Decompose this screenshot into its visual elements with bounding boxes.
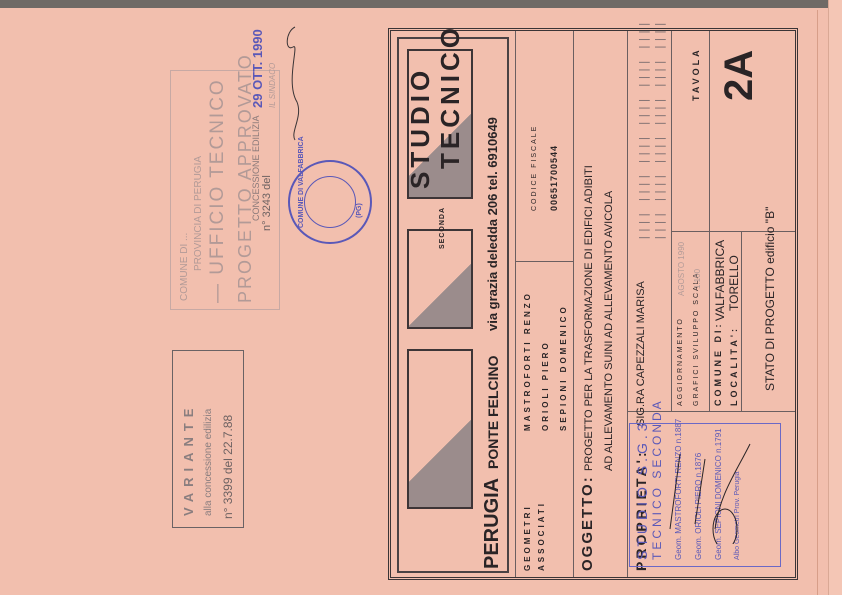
divider [709, 31, 710, 411]
address: via grazia deledda 206 tel. 6910649 [485, 117, 500, 331]
variante-stamp: VARIANTE alla concessione edilizia n° 33… [172, 350, 244, 528]
divider [515, 31, 516, 577]
geometra-1: MASTROFORTI RENZO [523, 291, 532, 431]
geometra-3: SEPIONI DOMENICO [559, 304, 568, 431]
concessione-label: CONCESSIONE EDILIZIA [251, 115, 261, 221]
approval-line2: PROVINCIA DI PERUGIA [193, 156, 204, 271]
logo-letter-s [407, 349, 473, 509]
seal-text-top: COMUNE DI VALFABBRICA [298, 136, 305, 228]
oggetto-line1: PROGETTO PER LA TRASFORMAZIONE DI EDIFIC… [583, 165, 595, 471]
logo-panel: STUDIO TECNICO SECONDA PERUGIA PONTE FEL… [397, 37, 509, 573]
codice-fiscale: 00651700544 [549, 145, 559, 211]
approval-date: 29 OTT. 1990 [250, 29, 265, 108]
studio-title-1: STUDIO [405, 67, 436, 189]
tavola-label: TAVOLA [691, 47, 701, 101]
variante-title: VARIANTE [181, 403, 196, 516]
geometri-label-1: GEOMETRI [523, 504, 532, 571]
seal-text-bottom: (PG) [356, 203, 363, 218]
tick-marks: |||| |||| |||| |||| |||| |||| [653, 20, 666, 241]
divider [671, 31, 672, 411]
oggetto-label: OGGETTO: [579, 475, 596, 571]
title-block: STUDIO TECNICO SECONDA PERUGIA PONTE FEL… [388, 28, 798, 580]
studio-sub: SECONDA [439, 207, 446, 249]
seal-emblem [304, 176, 356, 228]
geometri-label-2: ASSOCIATI [537, 501, 546, 571]
aggiornamento-label: AGGIORNAMENTO [677, 317, 684, 406]
variante-number: n° 3399 del 22.7.88 [221, 415, 235, 519]
oggetto-line2: AD ALLEVAMENTO SUINI AD ALLEVAMENTO AVIC… [603, 191, 615, 471]
approval-line1: COMUNE DI ... [179, 233, 190, 301]
divider [741, 231, 742, 411]
scala-value: 1:100 [693, 269, 702, 289]
geometra-2: ORIOLI PIERO [541, 340, 550, 431]
localita-label: LOCALITA': [729, 326, 739, 406]
tavola-value: 2A [717, 50, 762, 101]
localita-value: TORELLO [727, 255, 741, 311]
stamp-signatures [640, 434, 770, 544]
tick-marks: |||| |||| |||| |||| |||| |||| [637, 20, 650, 241]
studio-title-2: TECNICO [435, 24, 466, 169]
scala-label: GRAFICI SVILUPPO SCALA [693, 272, 700, 406]
approval-line3: — UFFICIO TECNICO [207, 78, 229, 303]
aggiornamento-value: AGOSTO 1990 [677, 242, 686, 296]
codice-fiscale-label: CODICE FISCALE [531, 125, 538, 211]
municipal-seal: COMUNE DI VALFABBRICA (PG) [288, 160, 372, 244]
divider [627, 31, 628, 577]
signature-mark [275, 22, 315, 142]
stato-value: STATO DI PROGETTO edificio "B" [763, 207, 777, 391]
concessione-number: n° 3243 del [261, 175, 273, 231]
district: PONTE FELCINO [485, 355, 501, 469]
city: PERUGIA [481, 478, 504, 569]
paper-right-margin [828, 0, 842, 595]
divider [515, 261, 573, 262]
studio-stamp: STUDIO S.G.3 TECNICO SECONDA Geom. MASTR… [629, 423, 781, 567]
comune-label: COMUNE DI: [713, 322, 723, 407]
comune-value: VALFABBRICA [713, 240, 727, 321]
divider [573, 31, 574, 577]
scanner-top-edge [0, 0, 842, 8]
proprieta-value: SIG.RA CAPEZZALI MARISA [635, 281, 647, 426]
variante-subtitle: alla concessione edilizia [203, 409, 214, 516]
fold-line [817, 10, 818, 595]
